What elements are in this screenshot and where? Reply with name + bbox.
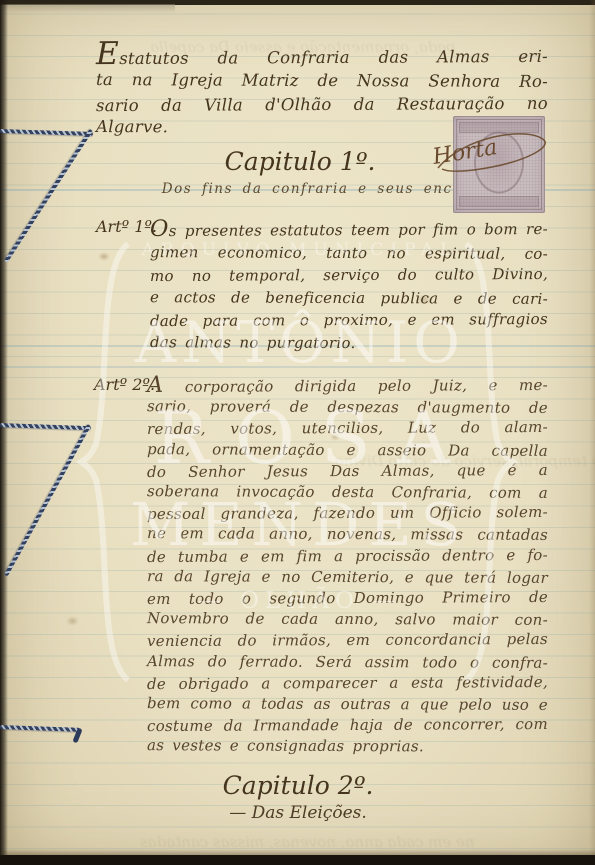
manuscript-line: bem como a todas as outras a que pelo us…	[147, 693, 548, 716]
article-2-label: Artº 2º.	[94, 375, 155, 394]
manuscript-line: e actos de beneficencia publica e de car…	[150, 286, 548, 310]
binding-cord-segment	[0, 725, 80, 732]
article-1-paragraph: Os presentes estatutos teem por fim o bo…	[150, 219, 548, 355]
manuscript-line: rendas, votos, utencilios, Luz do alam-	[147, 417, 548, 440]
manuscript-line: veniencia do irmãos, em concordancia pel…	[147, 629, 548, 652]
manuscript-line: dade para com o proximo, e em suffragios	[150, 308, 548, 333]
manuscript-line: Novembro de cada anno, salvo maior con-	[147, 608, 548, 631]
chapter-1-heading: Capitulo 1º.	[160, 147, 440, 176]
scan-edge-top-patch	[0, 4, 175, 13]
manuscript-line: A corporação dirigida pelo Juiz, e me-	[147, 375, 548, 398]
manuscript-line: soberana invocação desta Confraria, com …	[147, 481, 548, 504]
manuscript-page: pada, ornamentação e asseio Da capella n…	[0, 0, 595, 865]
title-line: ta na Igreja Matriz de Nossa Senhora Ro-	[96, 68, 548, 93]
paper-stain	[98, 252, 110, 261]
manuscript-line: gimen economico, tanto no espiritual, co…	[150, 241, 548, 265]
manuscript-line: ra da Igreja e no Cemiterio, e que terá …	[147, 566, 548, 589]
ruled-line-accent	[0, 366, 595, 368]
chapter-2-subtitle: — Das Eleições.	[168, 803, 428, 823]
binding-cord-segment	[4, 424, 91, 576]
chapter-2-heading: Capitulo 2º.	[158, 771, 438, 800]
manuscript-line: mo no temporal, serviço do culto Divino,	[150, 263, 548, 288]
stamp-signature: Horta	[430, 120, 558, 194]
watermark-left-brace-icon	[76, 232, 136, 692]
binding-cord-segment	[0, 423, 91, 430]
manuscript-line: pada, ornamentação e asseio Da capella	[147, 439, 548, 462]
scan-edge-bottom	[0, 855, 595, 865]
paper-stain	[66, 616, 79, 626]
binding-cord-segment	[4, 129, 93, 263]
manuscript-line: as vestes e consignadas proprias.	[147, 736, 548, 759]
article-2-paragraph: A corporação dirigida pelo Juiz, e me- s…	[147, 376, 548, 758]
manuscript-line: ne em cada anno, novenas, missas cantada…	[147, 524, 548, 547]
manuscript-line: de obrigado a comparecer a esta festivid…	[147, 672, 548, 695]
manuscript-line: das almas no purgatorio.	[150, 331, 548, 355]
signature-text: Horta	[430, 135, 499, 170]
manuscript-line: Almas do ferrado. Será assim todo o conf…	[147, 651, 548, 674]
manuscript-line: do Senhor Jesus Das Almas, que é a	[147, 460, 548, 483]
scan-edge-right	[589, 0, 595, 865]
manuscript-line: costume da Irmandade haja de concorrer, …	[147, 714, 548, 737]
stamp-bottom-band	[459, 196, 539, 207]
manuscript-line: Os presentes estatutos teem por fim o bo…	[150, 218, 548, 243]
article-1-label: Artº 1º.	[96, 217, 157, 236]
manuscript-line: de tumba e em fim a procissão dentro e f…	[147, 545, 548, 568]
manuscript-line: em todo o segundo Domingo Primeiro de	[147, 587, 548, 610]
binding-cord-segment	[0, 129, 93, 136]
manuscript-line: pessoal grandeza, fazendo um Officio sol…	[147, 502, 548, 525]
title-line: Estatutos da Confraria das Almas eri-	[96, 45, 548, 71]
title-line: sario da Villa d'Olhão da Restauração no	[96, 92, 548, 118]
manuscript-line: sario, proverá de despezas d'augmento de	[147, 396, 548, 419]
